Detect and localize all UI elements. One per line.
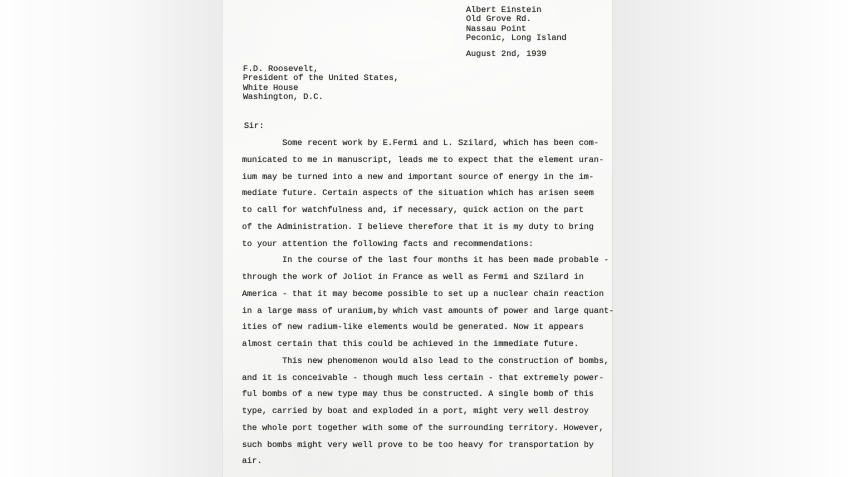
letter-photo: Albert Einstein Old Grove Rd. Nassau Poi…	[0, 0, 848, 477]
recipient-address: F.D. Roosevelt, President of the United …	[243, 65, 399, 103]
sender-address: Albert Einstein Old Grove Rd. Nassau Poi…	[466, 6, 567, 44]
photo-background-left	[0, 0, 222, 477]
salutation: Sir:	[244, 122, 264, 131]
letter-body: Some recent work by E.Fermi and L. Szila…	[242, 135, 614, 470]
date-line: August 2nd, 1939	[466, 50, 546, 59]
photo-background-right	[613, 0, 848, 477]
